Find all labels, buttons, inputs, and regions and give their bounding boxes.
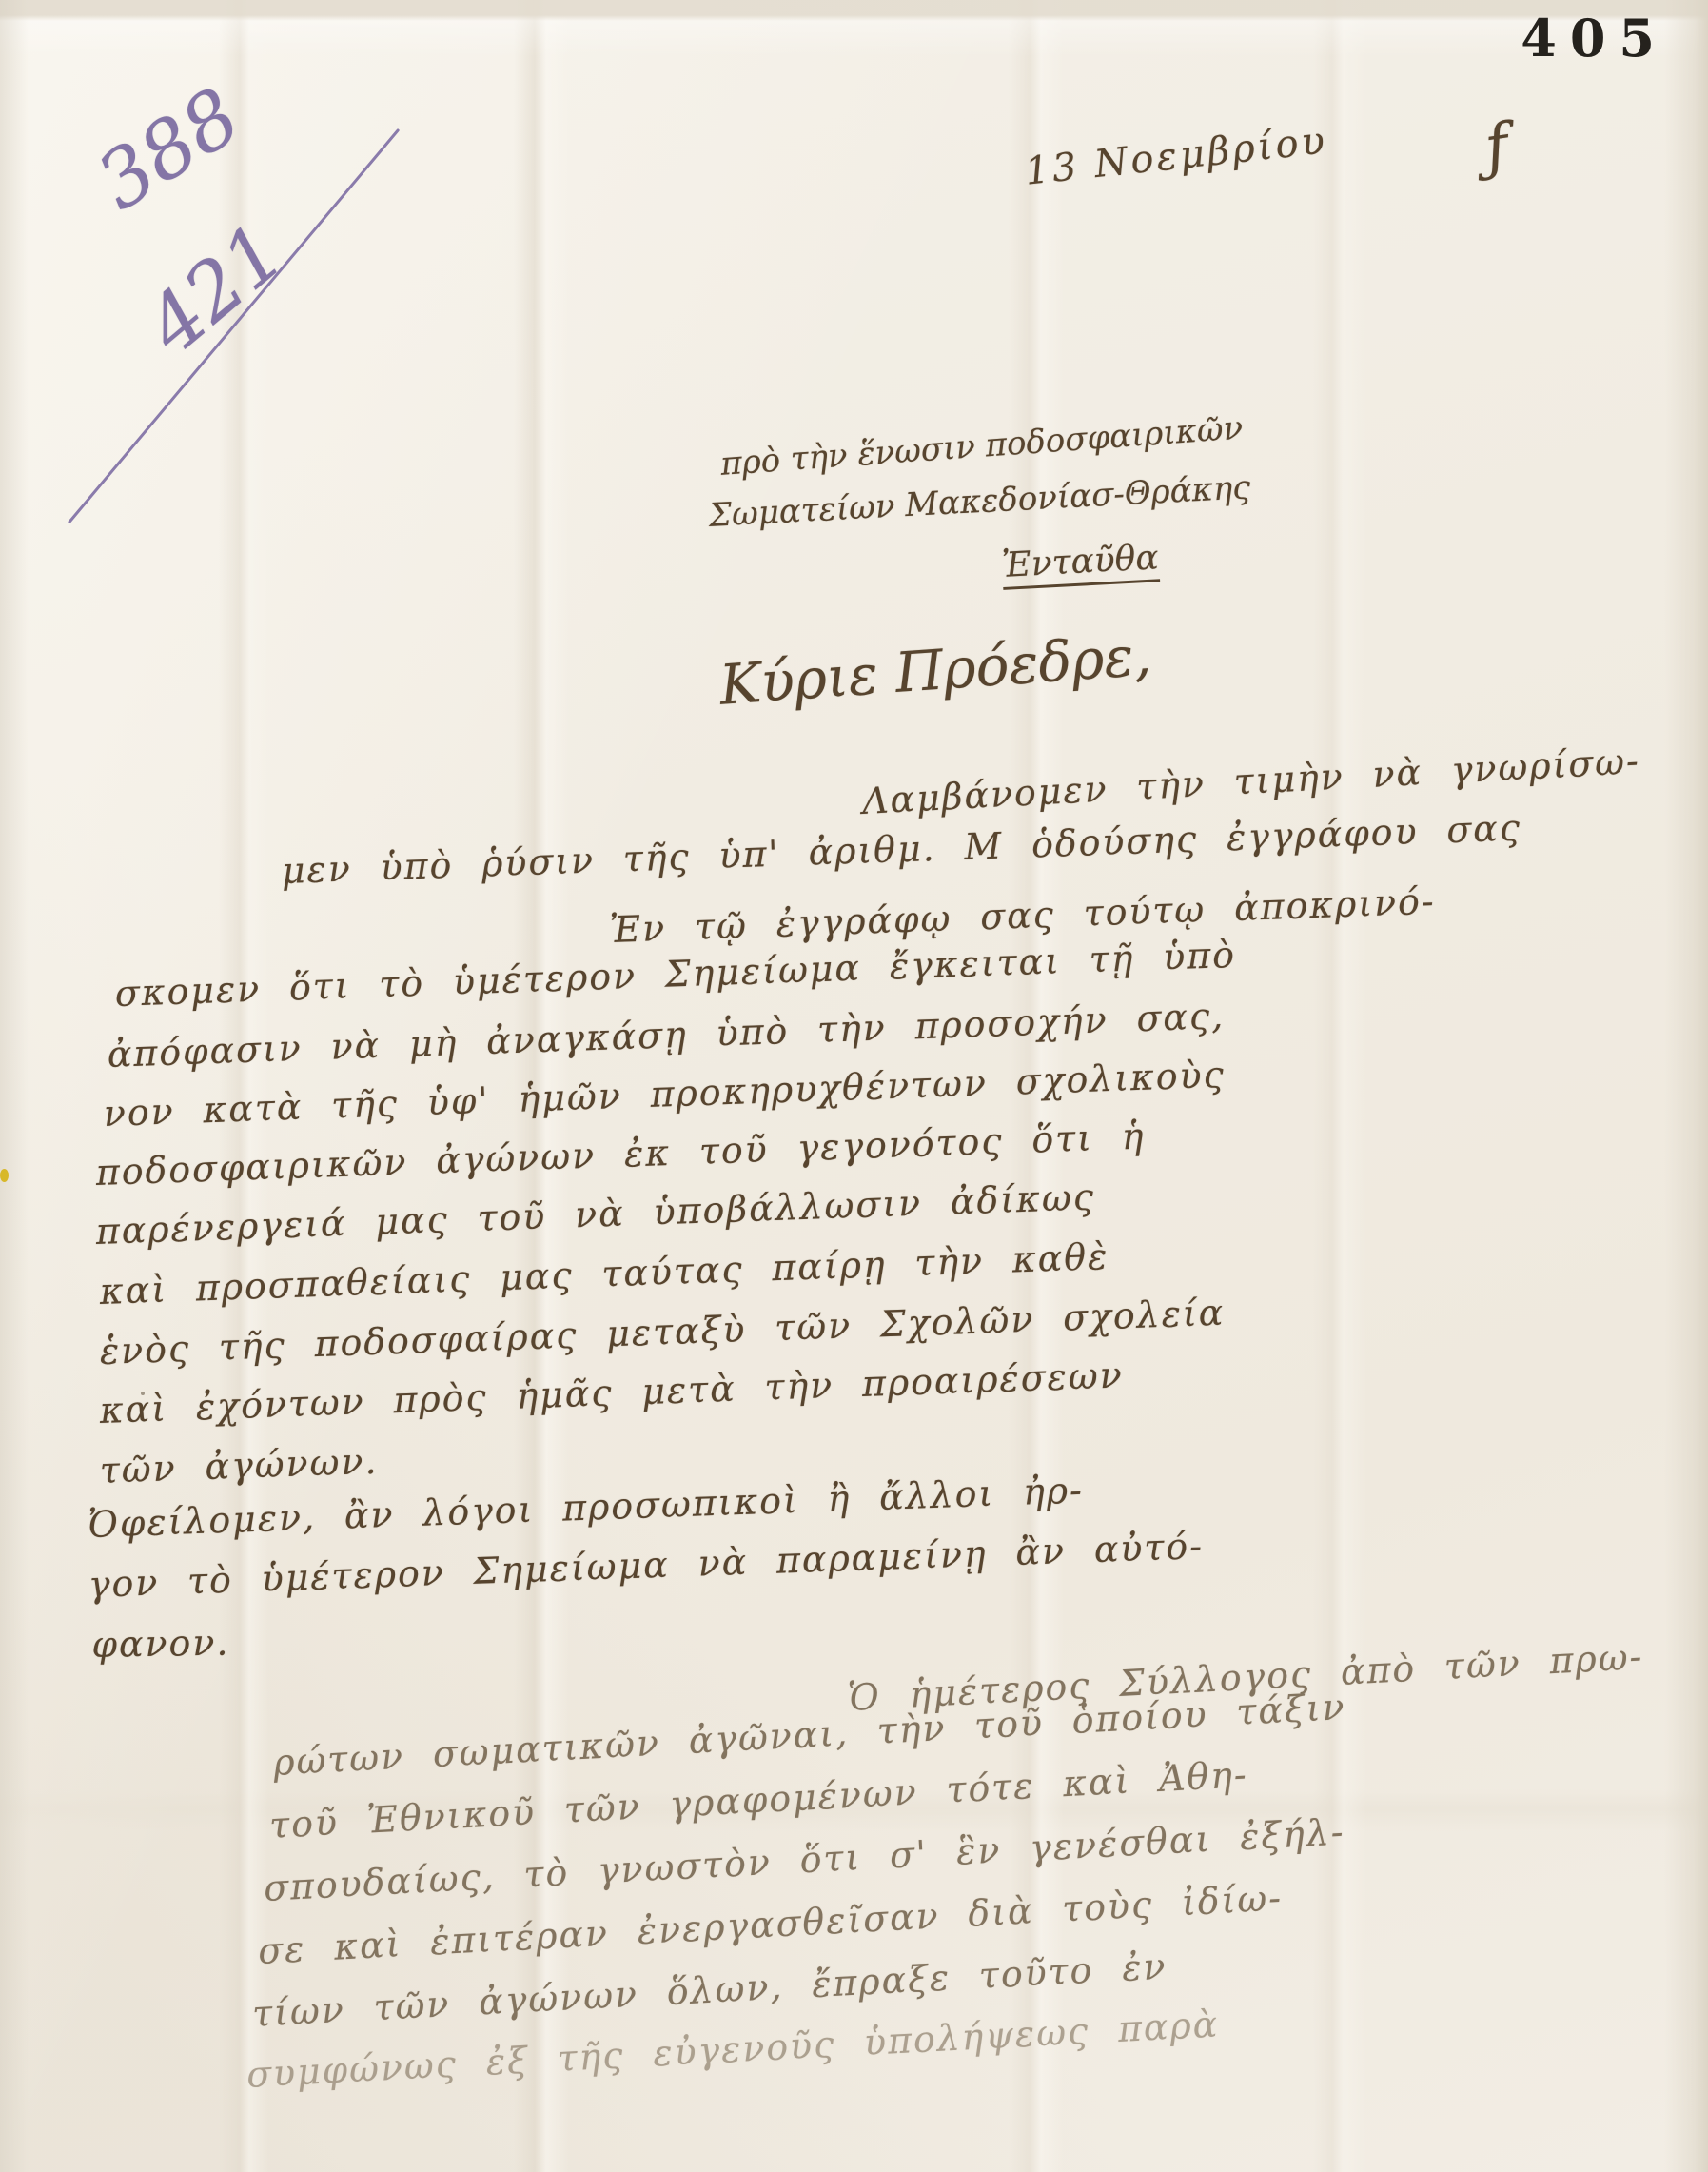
body-line-ink: φανον. bbox=[91, 1621, 230, 1666]
body-line-ink: Λαμβάνομεν τὴν τιμὴν νὰ γνωρίσω- bbox=[861, 740, 1641, 822]
archive-number-top: 388 bbox=[82, 71, 256, 228]
archive-number-bottom: 421 bbox=[129, 207, 302, 371]
recipient-line: Ἐνταῦθα bbox=[1001, 538, 1160, 590]
paper-speck-yellow bbox=[0, 1169, 9, 1182]
date-flourish: ƒ bbox=[1481, 111, 1513, 185]
salutation-line: Κύριε Πρόεδρε, bbox=[717, 622, 1153, 718]
folio-number: 405 bbox=[1521, 8, 1668, 69]
date-line: 13 Νοεμβρίου bbox=[1023, 119, 1329, 194]
paper-speck-dark bbox=[141, 1392, 145, 1395]
body-line-ink: τῶν ἀγώνων. bbox=[99, 1440, 379, 1491]
scanned-letter-paper: 405 388 421 13 Νοεμβρίου ƒ πρὸ τὴν ἕνωσι… bbox=[0, 0, 1708, 2172]
